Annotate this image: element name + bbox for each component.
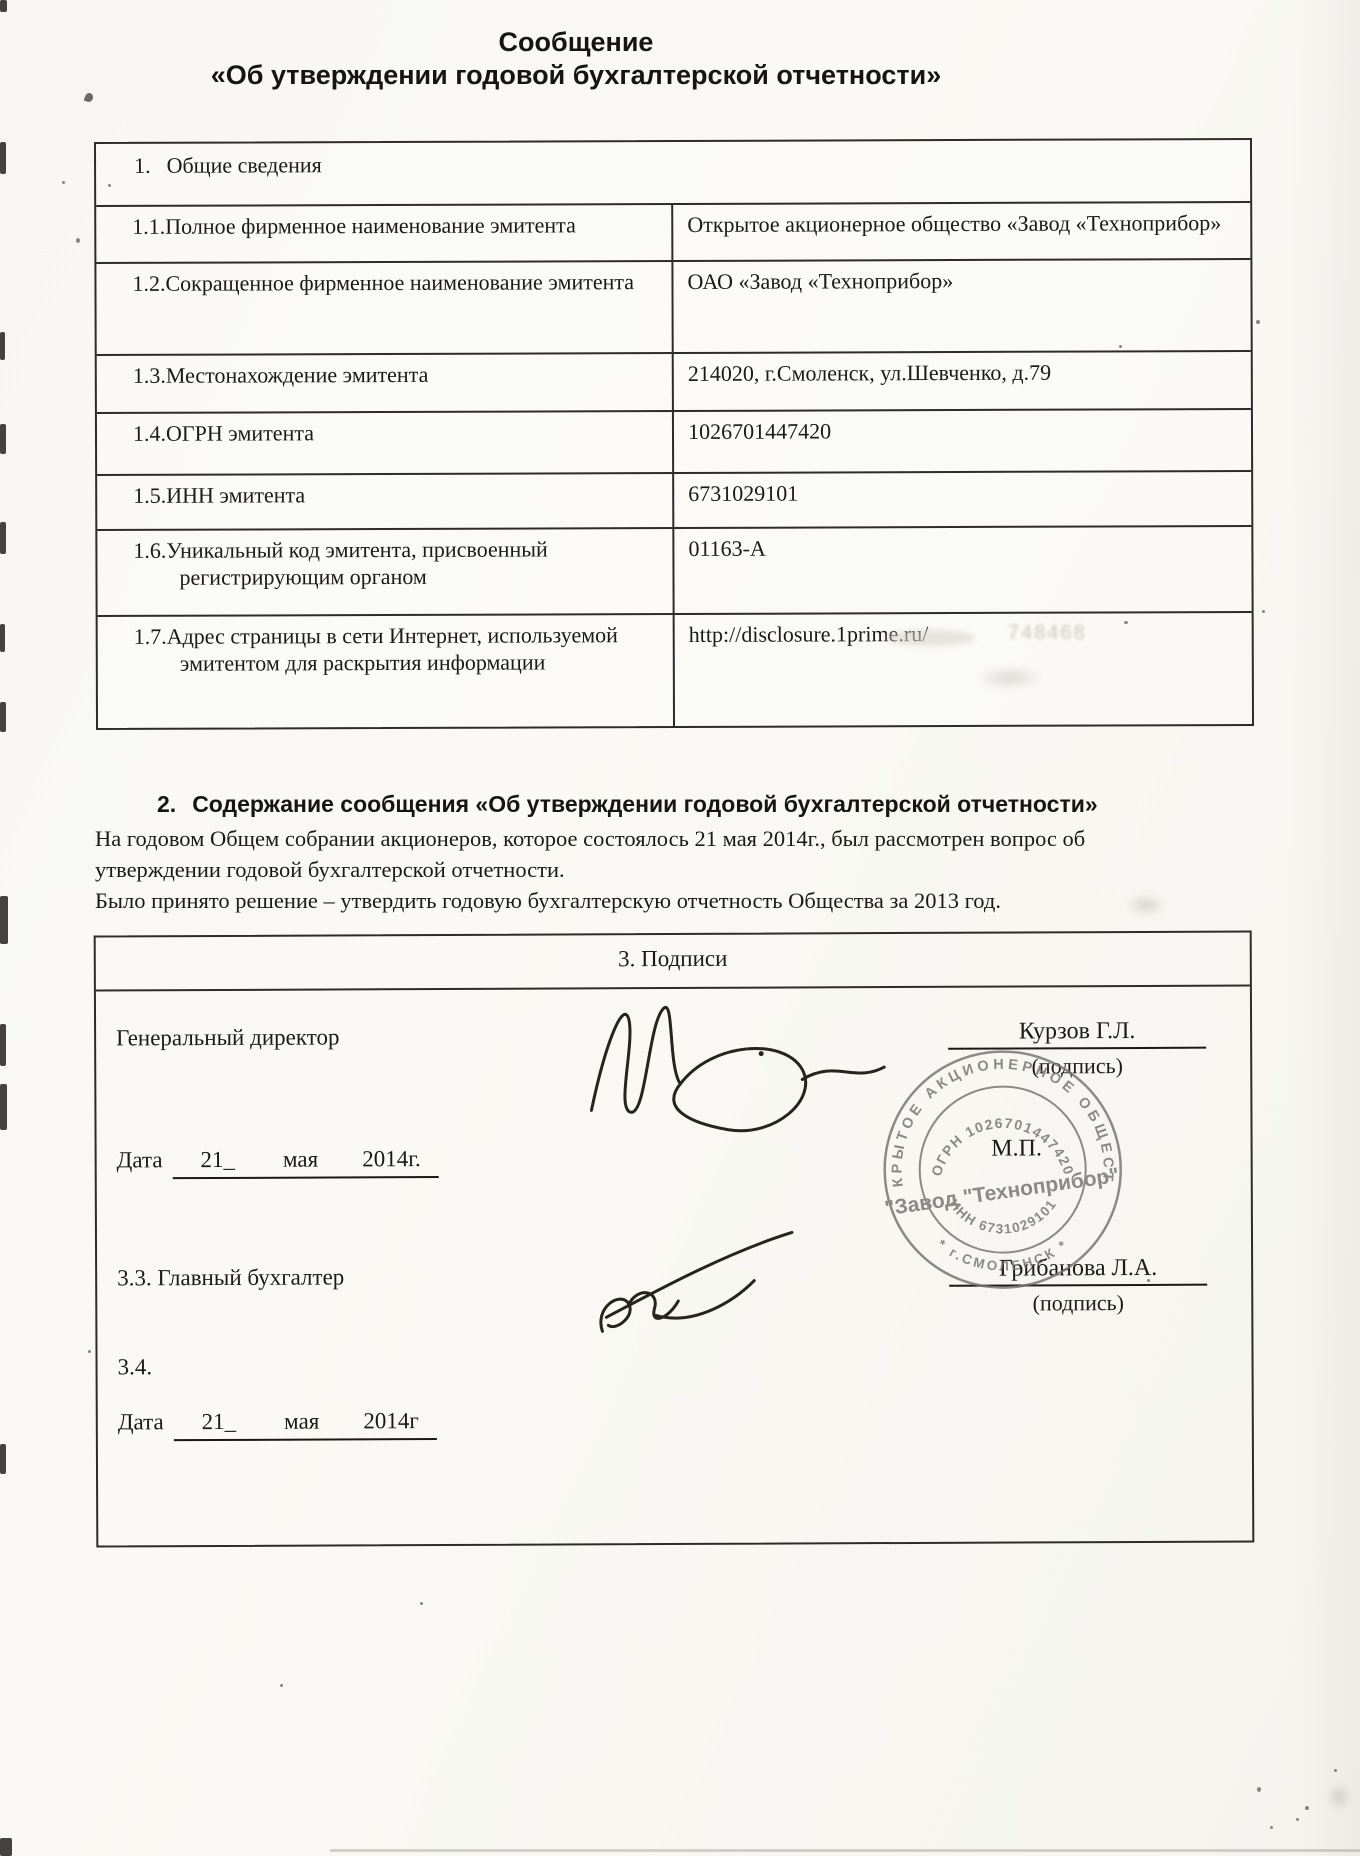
date-year: 2014г.	[362, 1146, 421, 1171]
section-title: Содержание сообщения «Об утверждении год…	[192, 791, 1097, 817]
signatures-box: 3. Подписи Генеральный директор Курзов Г…	[94, 930, 1255, 1547]
scanner-edge-mark	[0, 0, 7, 12]
row-label: ОГРН эмитента	[166, 420, 314, 446]
row-value: 01163-А	[688, 533, 1233, 562]
section-title: Общие сведения	[167, 152, 322, 178]
row-value: 6731029101	[688, 478, 1233, 507]
scanner-edge-mark	[0, 1024, 6, 1066]
table-row: 1.6.Уникальный код эмитента, присвоенный…	[97, 527, 1251, 617]
row-label: Сокращенное фирменное наименование эмите…	[165, 269, 634, 296]
document-title: Сообщение «Об утверждении годовой бухгал…	[0, 26, 1152, 92]
bleed-through-smudge	[885, 630, 975, 646]
table-row: 1.5.ИНН эмитента 6731029101	[97, 472, 1251, 531]
title-line-1: Сообщение	[0, 26, 1152, 59]
pencil-smudge	[975, 665, 1045, 691]
date-label: Дата	[118, 1409, 164, 1434]
row-number: 1.1.	[132, 214, 165, 239]
section2-paragraph-1: На годовом Общем собрании акционеров, ко…	[95, 823, 1163, 885]
ink-speck	[1256, 320, 1260, 324]
seal-place-label: М.П.	[985, 1135, 1049, 1162]
ink-speck	[420, 1602, 423, 1605]
row-number: 1.3.	[133, 363, 166, 388]
role-general-director: Генеральный директор	[116, 1024, 339, 1051]
row-value: ОАО «Завод «Техноприбор»	[687, 266, 1232, 295]
date-day: 21_	[202, 1409, 237, 1434]
row-label: Полное фирменное наименование эмитента	[165, 212, 576, 238]
scanner-edge-mark	[0, 1444, 6, 1474]
row-value: 1026701447420	[688, 416, 1233, 445]
ink-speck	[1257, 1787, 1261, 1792]
scanner-edge-mark	[0, 424, 6, 454]
table-row: 1.3.Местонахождение эмитента 214020, г.С…	[97, 352, 1251, 414]
ink-speck	[280, 1684, 283, 1687]
scanner-edge-mark	[0, 624, 5, 652]
date-line-2: Дата21_мая2014г	[118, 1408, 437, 1441]
row-number: 1.6.	[133, 538, 166, 563]
scan-edge-shading	[1290, 0, 1360, 1856]
row-number: 1.5.	[133, 483, 166, 508]
date-month: мая	[283, 1147, 318, 1172]
row-value: 214020, г.Смоленск, ул.Шевченко, д.79	[688, 358, 1233, 387]
table-row: 1.1.Полное фирменное наименование эмитен…	[96, 203, 1250, 264]
row-number: 1.4.	[133, 421, 166, 446]
table-row: 1.2.Сокращенное фирменное наименование э…	[96, 260, 1250, 356]
date-month: мая	[284, 1409, 319, 1434]
row-label: Местонахождение эмитента	[166, 362, 429, 388]
ink-speck	[108, 184, 111, 187]
date-label: Дата	[117, 1147, 163, 1172]
table-row: 1.4.ОГРН эмитента 1026701447420	[97, 410, 1251, 476]
ink-speck	[1147, 1279, 1150, 1282]
accountant-signature-scribble	[592, 1214, 813, 1340]
date-year: 2014г	[363, 1408, 419, 1433]
scanner-edge-mark	[0, 1084, 7, 1130]
director-signature-scribble	[536, 979, 897, 1151]
section-number: 1.	[134, 153, 151, 178]
role-chief-accountant: 3.3. Главный бухгалтер	[117, 1264, 344, 1291]
row-value: Открытое акционерное общество «Завод «Те…	[687, 209, 1232, 238]
scanner-bottom-line	[330, 1849, 1360, 1852]
scanner-edge-mark	[0, 142, 6, 174]
ink-speck	[62, 181, 65, 184]
date-day: 21_	[200, 1147, 235, 1172]
company-seal: ОТКРЫТОЕ АКЦИОНЕРНОЕ ОБЩЕСТВО * г.СМОЛЕН…	[878, 1045, 1127, 1294]
svg-text:* г.СМОЛЕНСК *: * г.СМОЛЕНСК *	[934, 1236, 1071, 1274]
section2-paragraph-2: Было принято решение – утвердить годовую…	[95, 885, 1163, 916]
title-line-2: «Об утверждении годовой бухгалтерской от…	[0, 59, 1152, 92]
scanner-edge-mark	[0, 332, 5, 360]
ink-speck	[1270, 1826, 1273, 1829]
row-number: 1.2.	[132, 271, 165, 296]
accountant-signature-caption: (подпись)	[949, 1290, 1207, 1317]
scanned-document-page: Сообщение «Об утверждении годовой бухгал…	[0, 0, 1360, 1856]
table-header-row: 1.Общие сведения	[96, 140, 1250, 207]
ink-speck	[1262, 610, 1265, 613]
item-3-4: 3.4.	[117, 1354, 152, 1380]
section2-heading: 2.Содержание сообщения «Об утверждении г…	[95, 791, 1195, 818]
seal-ring-bottom-text: * г.СМОЛЕНСК *	[934, 1236, 1071, 1274]
section-number: 2.	[157, 791, 176, 817]
ink-speck	[1124, 621, 1128, 624]
row-label: Адрес страницы в сети Интернет, использу…	[167, 622, 618, 676]
ink-speck	[76, 238, 80, 243]
ink-speck	[84, 92, 95, 103]
scanner-edge-mark	[0, 1838, 12, 1856]
bleed-through-smudge: 748468	[1008, 622, 1087, 645]
ink-speck	[88, 1350, 91, 1353]
pencil-smudge	[1125, 893, 1167, 917]
scanner-edge-mark	[0, 702, 6, 732]
row-label: Уникальный код эмитента, присвоенный рег…	[166, 536, 547, 589]
scanner-edge-mark	[0, 896, 8, 944]
row-number: 1.7.	[134, 624, 167, 649]
date-line-1: Дата21_мая2014г.	[117, 1146, 439, 1179]
scanner-edge-mark	[0, 522, 6, 554]
row-label: ИНН эмитента	[166, 482, 305, 507]
ink-speck	[1119, 345, 1122, 348]
